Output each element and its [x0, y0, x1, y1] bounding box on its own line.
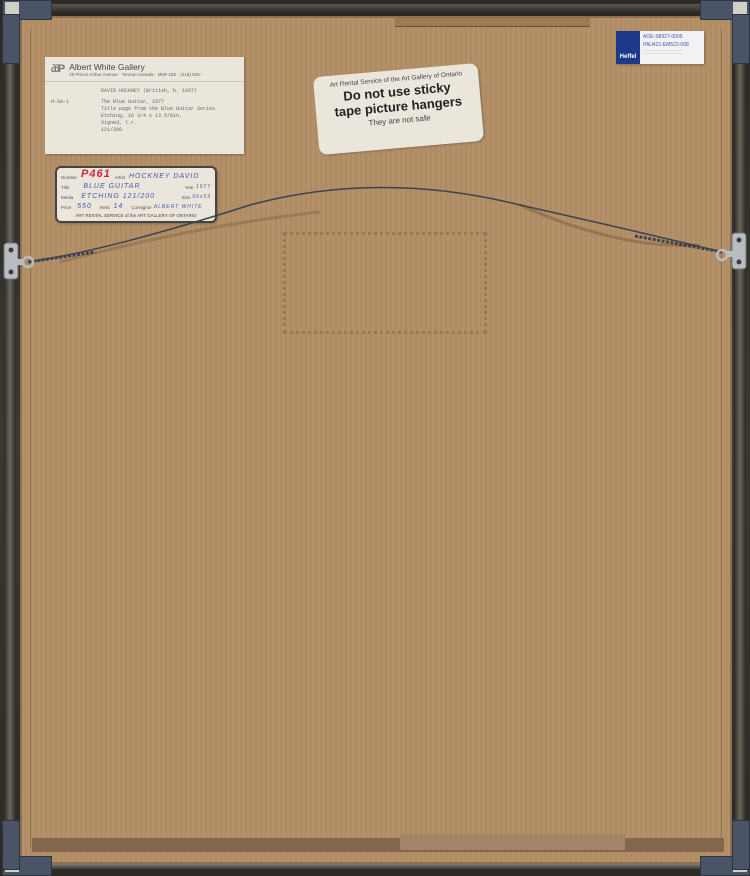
- artist-label: Artist: [115, 175, 125, 180]
- consignor-label: Consignor: [131, 205, 152, 210]
- old-label-residue: [283, 232, 487, 334]
- frame-right-rail: [734, 14, 746, 864]
- size-label: Size: [182, 195, 191, 200]
- heffel-logo: Heffel: [616, 31, 640, 64]
- artist-value: HOCKNEY DAVID: [129, 173, 199, 180]
- rent-value: 14: [113, 203, 123, 210]
- media-value: ETCHING 121/200: [81, 193, 177, 200]
- heffel-line-1: AOE-S8927-0005: [643, 33, 689, 41]
- number-label: Number: [61, 175, 77, 180]
- bottom-tape-patch: [400, 834, 625, 850]
- warning-sticker: Art Rental Service of the Art Gallery of…: [313, 63, 484, 155]
- title-value: BLUE GUITAR: [83, 183, 180, 190]
- corner-bracket-bottom-left-vertical: [2, 820, 20, 870]
- rental-card: Number P461 Artist HOCKNEY DAVID Title B…: [55, 166, 217, 223]
- consignor-value: ALBERT WHITE: [154, 204, 203, 210]
- label-line: Signed, l.r.: [101, 120, 215, 127]
- gallery-logo-icon: ∂∂P: [51, 63, 63, 75]
- label-line: Title page from the Blue Guitar Series: [101, 106, 215, 113]
- label-line: The Blue Guitar, 1977: [101, 99, 215, 106]
- gallery-label: ∂∂P Albert White Gallery 25 Prince Arthu…: [45, 57, 244, 154]
- gallery-name: Albert White Gallery: [69, 62, 201, 72]
- artist-line: DAVID HOCKNEY (British, b. 1937): [45, 82, 244, 95]
- corner-bracket-bottom-right-vertical: [732, 820, 750, 870]
- media-label: Media: [61, 195, 73, 200]
- rental-card-footer: ART RENTAL SERVICE of the ART GALLERY OF…: [61, 213, 211, 218]
- size-value: 66x53: [192, 194, 211, 200]
- price-label: Price: [61, 205, 71, 210]
- heffel-line-2: PAU421-EM522-008: [643, 41, 689, 49]
- heffel-label: Heffel AOE-S8927-0005 PAU421-EM522-008 —…: [616, 31, 704, 64]
- year-label: Year: [185, 185, 194, 190]
- label-line: Etching, 16 3/4 x 13 5/8in.: [101, 113, 215, 120]
- rent-label: Rent: [100, 205, 110, 210]
- frame-left-rail: [4, 14, 16, 864]
- year-value: 1977: [196, 184, 211, 190]
- heffel-fine-print: ————————————————————————————————: [643, 49, 689, 55]
- corner-bracket-top-right-vertical: [732, 14, 750, 64]
- inventory-code: H-SA-1: [51, 99, 101, 134]
- price-value: 550: [77, 203, 92, 210]
- gallery-address: 25 Prince Arthur Avenue · Toronto Canada…: [69, 72, 201, 77]
- top-tape-strip: [395, 18, 590, 27]
- label-line: 121/200: [101, 127, 215, 134]
- corner-bracket-top-left-vertical: [2, 14, 20, 64]
- number-value: P461: [81, 168, 111, 180]
- title-label: Title: [61, 185, 69, 190]
- frame-top-rail: [18, 4, 732, 14]
